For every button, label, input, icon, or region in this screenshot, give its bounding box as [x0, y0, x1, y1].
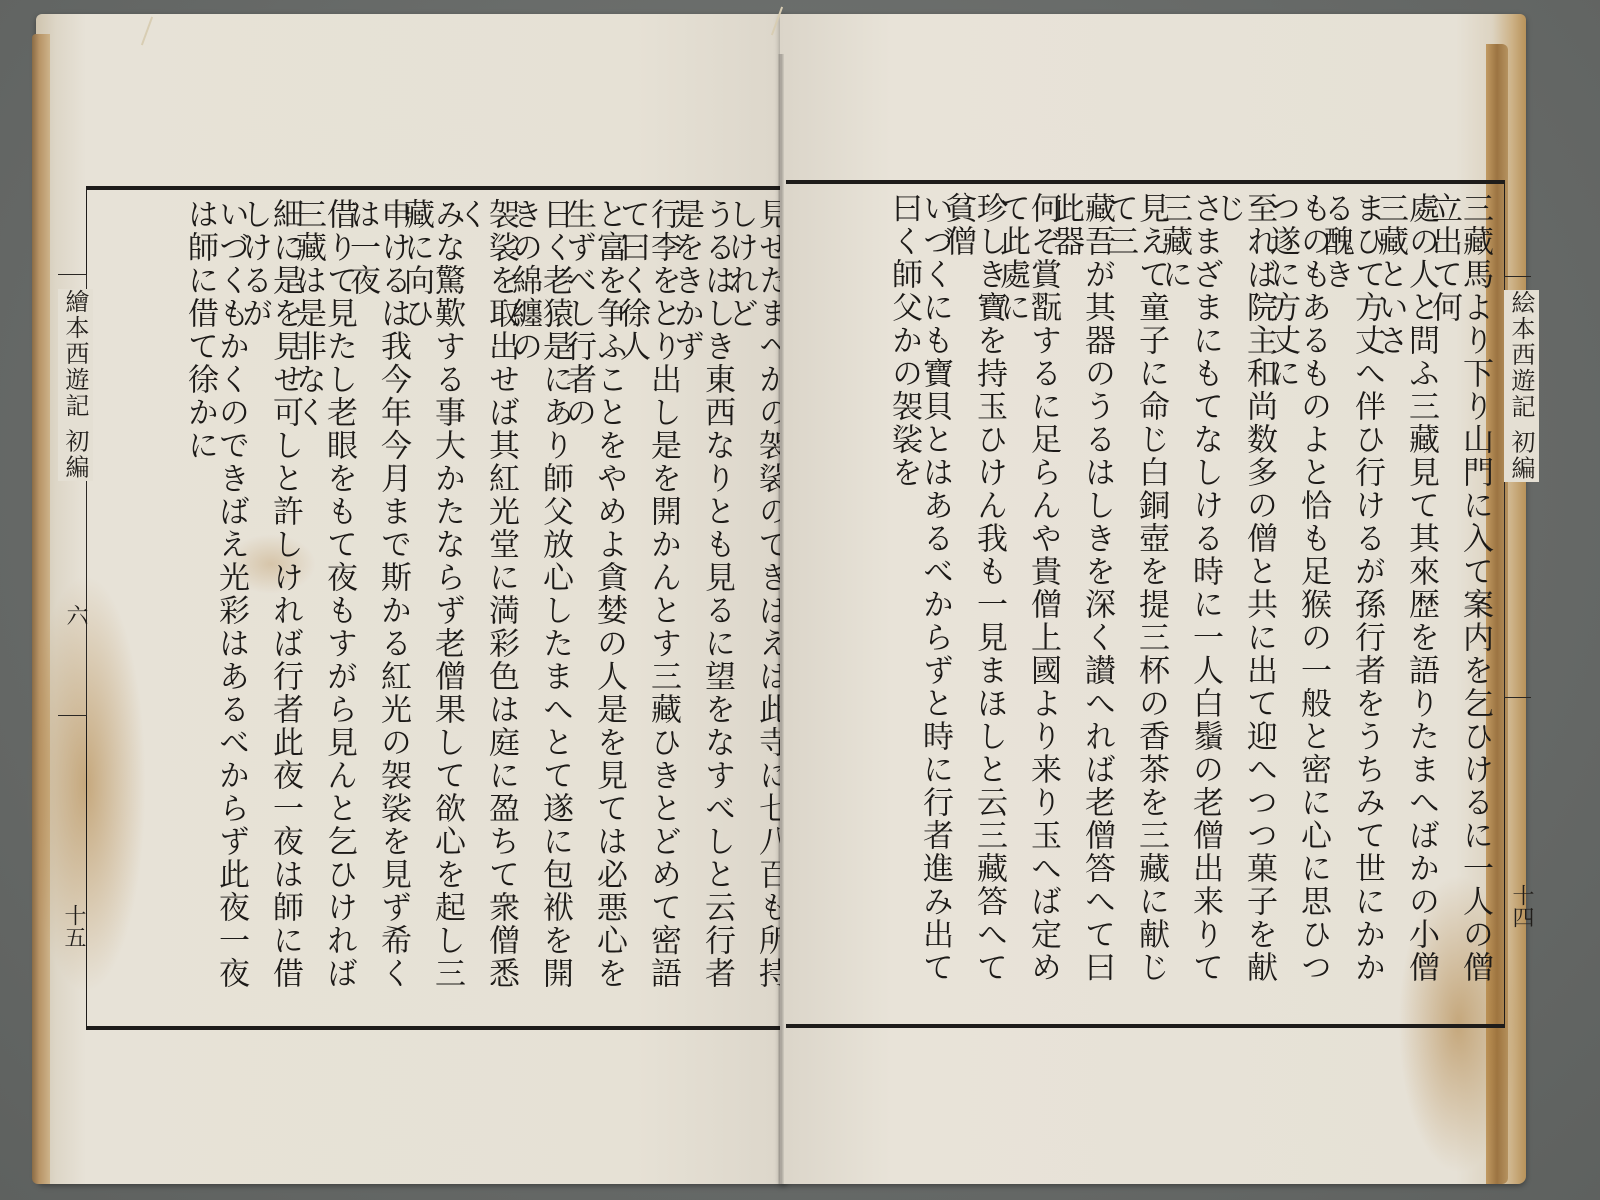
text-column: 細に是を見せ可しと許しければ行者此夜一夜は師に借しけるが [246, 198, 300, 1018]
right-print-frame: 三藏馬より下り山門に入て案内を乞ひけるに一人の僧立出て何 處の人と問ふ三藏見て其… [786, 180, 1505, 1028]
left-page: 見せたまへかの袈裟のできばえは此寺に七八百も所持しけれど うるはしき東西なりとも… [36, 14, 786, 1184]
left-print-frame: 見せたまへかの袈裟のできばえは此寺に七八百も所持しけれど うるはしき東西なりとも… [86, 186, 792, 1030]
text-column: いづくにも寶貝とはあるべからずと時に行者進み出て曰く師父かの袈裟を [896, 192, 950, 1016]
page-number-left: 十五 [58, 904, 89, 948]
page-number-right: 十四 [1506, 884, 1537, 928]
text-column: 行李をとり出し是を開かんとす三藏ひきとどめて密語て曰く徐人 [624, 198, 678, 1018]
text-column: 借りて見たし老眼をもて夜もすがら見んと乞ひければ三藏は是非なく [300, 198, 354, 1018]
text-column: 珍しき寶を持玉ひけん我も一見まほしと云三藏答へて貧僧 [950, 192, 1004, 1016]
text-column: ものもあるものよと恰も足猴の一般と密に心に思ひつつ遂に方丈に [1274, 192, 1328, 1016]
right-text-columns: 三藏馬より下り山門に入て案内を乞ひけるに一人の僧立出て何 處の人と問ふ三藏見て其… [796, 192, 1490, 1016]
text-column: いづくもかくのできばえ光彩はあるべからず此夜一夜は師に借て徐かに [192, 198, 246, 1018]
text-column: 藏吾が其器のうるはしきを深く讃へれば老僧答へて曰此器 [1058, 192, 1112, 1016]
margin-title: 絵本西遊記 初編 [1504, 290, 1539, 482]
text-column: みな驚歎する事大かたならず老僧果して欲心を起し三藏に向ひ [408, 198, 462, 1018]
text-column: さまざまにもてなしける時に一人白鬚の老僧出来りて三藏に [1166, 192, 1220, 1016]
text-column: まひて方丈へ伴ひ行けるが孫行者をうちみて世にかかる醜き [1328, 192, 1382, 1016]
book-gutter [778, 54, 784, 1184]
text-column: うるはしき東西なりとも見るに望をなすべしと云行者是をきかず [678, 198, 732, 1018]
text-column: 袈裟を取出せば其紅光堂に満彩色は庭に盈ちて衆僧悉く [462, 198, 516, 1018]
text-column: と富を争ふことをやめよ貪婪の人是を見ては必悪心を生ずべし行者の [570, 198, 624, 1018]
text-column: 日く老猿是にあり師父放心したまへとて遂に包袱を開きの綿纏の [516, 198, 570, 1018]
text-column: 申けるは我今年今月まで斯かる紅光の袈裟を見ず希くは一夜 [354, 198, 408, 1018]
right-page: 三藏馬より下り山門に入て案内を乞ひけるに一人の僧立出て何 處の人と問ふ三藏見て其… [780, 14, 1526, 1184]
left-fore-edge [32, 34, 50, 1184]
left-text-columns: 見せたまへかの袈裟のできばえは此寺に七八百も所持しけれど うるはしき東西なりとも… [101, 198, 786, 1018]
text-column: 處の人と問ふ三藏見て其來歴を語りたまへばかの小僧三藏といさ [1382, 192, 1436, 1016]
text-column: 至れば院主和尚数多の僧と共に出て迎へつつ菓子を献じ [1220, 192, 1274, 1016]
margin-title: 繪本西遊記 初編 [58, 289, 93, 481]
text-column: 三藏馬より下り山門に入て案内を乞ひけるに一人の僧立出て何 [1436, 192, 1490, 1016]
text-column: 何ぞ賞翫するに足らんや貴僧上國より来り玉へば定めて此處に [1004, 192, 1058, 1016]
volume-label: 六 [60, 604, 91, 626]
open-book: 見せたまへかの袈裟のできばえは此寺に七八百も所持しけれど うるはしき東西なりとも… [36, 14, 1556, 1190]
text-column: 見えて童子に命じ白銅壺を提三杯の香茶を三藏に献じて三 [1112, 192, 1166, 1016]
